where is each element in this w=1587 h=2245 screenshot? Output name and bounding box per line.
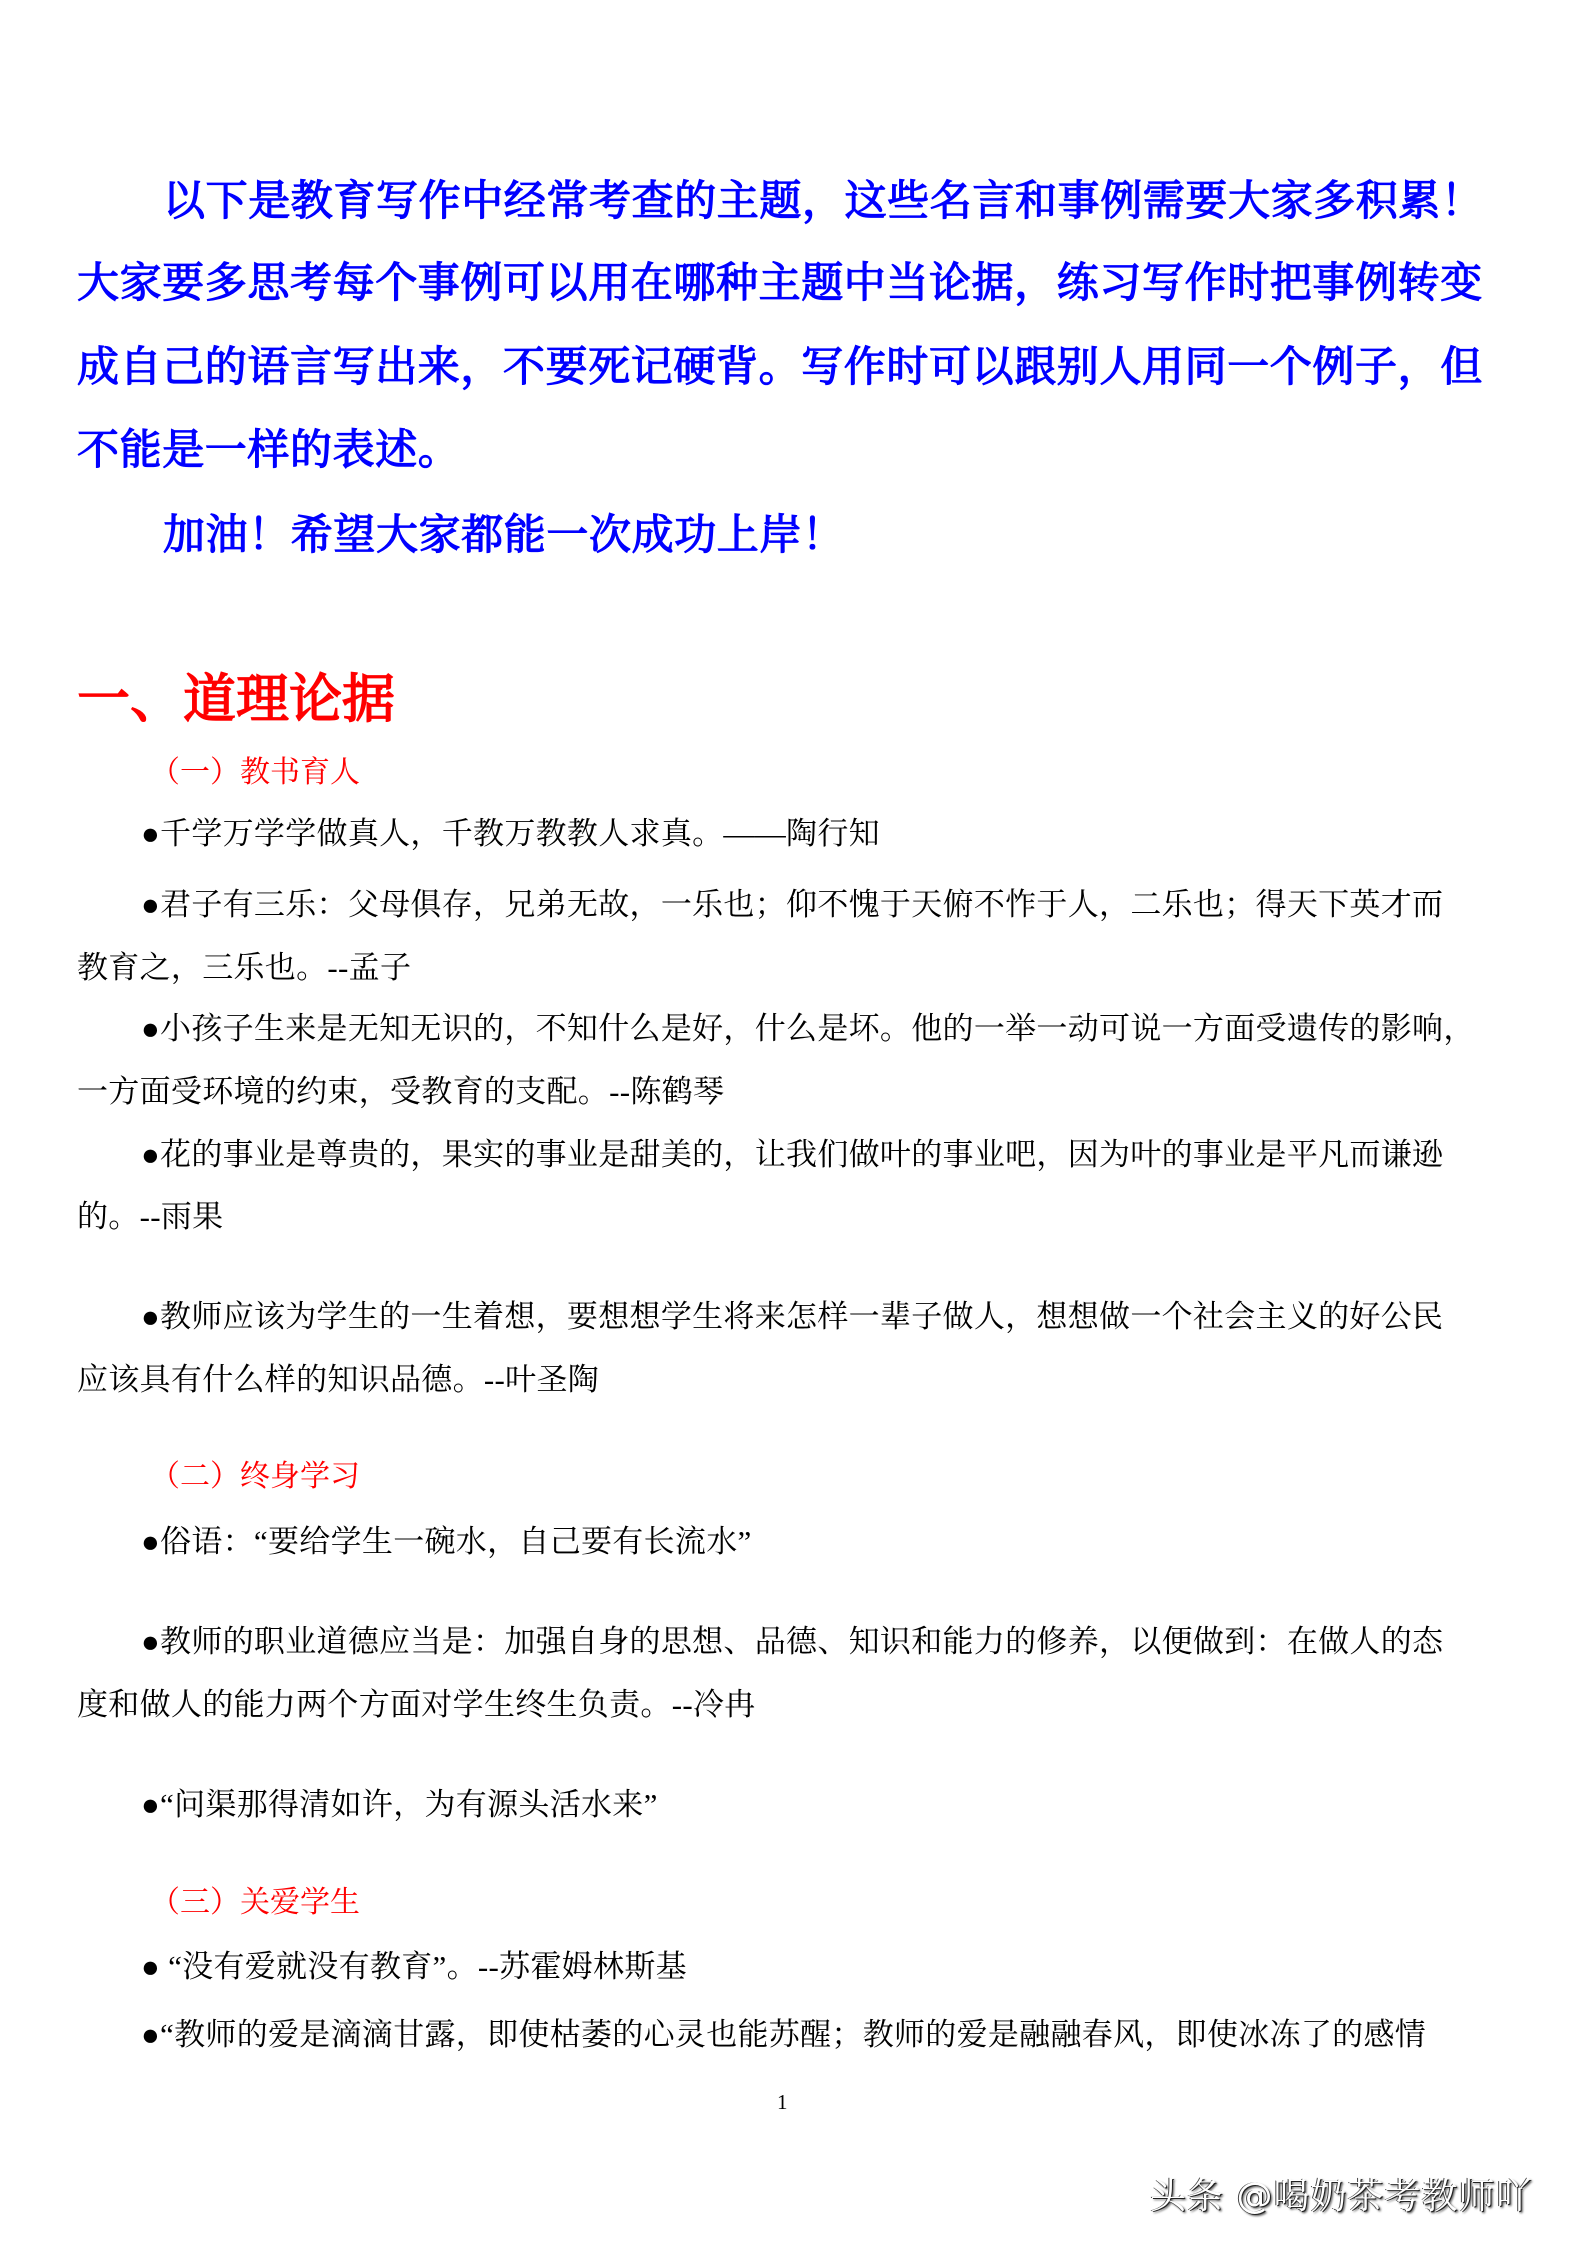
quote-item: ●教师应该为学生的一生着想，要想想学生将来怎样一辈子做人，想想做一个社会主义的好…: [141, 1301, 1443, 1332]
quote-item: ●俗语：“要给学生一碗水，自己要有长流水”: [141, 1526, 752, 1557]
quote-text: 教师的职业道德应当是：加强自身的思想、品德、知识和能力的修养，以便做到：在做人的…: [160, 1624, 1443, 1659]
quote-text: “教师的爱是滴滴甘露，即使枯萎的心灵也能苏醒；教师的爱是融融春风，即使冰冻了的感…: [160, 2017, 1426, 2052]
quote-text: 教师应该为学生的一生着想，要想想学生将来怎样一辈子做人，想想做一个社会主义的好公…: [160, 1299, 1443, 1334]
quote-item: ●教师的职业道德应当是：加强自身的思想、品德、知识和能力的修养，以便做到：在做人…: [141, 1626, 1443, 1657]
quote-item: ●“问渠那得清如许，为有源头活水来”: [141, 1789, 658, 1820]
quote-text: 君子有三乐：父母俱存，兄弟无故，一乐也；仰不愧于天俯不怍于人，二乐也；得天下英才…: [160, 887, 1443, 922]
quote-item: ●千学万学学做真人，千教万教教人求真。——陶行知: [141, 818, 880, 849]
bullet-icon: ●: [141, 818, 160, 849]
bullet-icon: ●: [141, 1951, 160, 1982]
quote-text: 千学万学学做真人，千教万教教人求真。——陶行知: [160, 816, 880, 851]
quote-item: ●君子有三乐：父母俱存，兄弟无故，一乐也；仰不愧于天俯不怍于人，二乐也；得天下英…: [141, 889, 1443, 920]
subsection-title-1: （一）教书育人: [150, 758, 360, 788]
intro-line-3: 成自己的语言写出来，不要死记硬背。写作时可以跟别人用同一个例子，但: [77, 346, 1483, 388]
quote-item: ●“教师的爱是滴滴甘露，即使枯萎的心灵也能苏醒；教师的爱是融融春风，即使冰冻了的…: [141, 2019, 1426, 2050]
quote-text: 俗语：“要给学生一碗水，自己要有长流水”: [160, 1524, 752, 1559]
quote-text: “问渠那得清如许，为有源头活水来”: [160, 1787, 658, 1822]
bullet-icon: ●: [141, 2019, 160, 2050]
page-number: 1: [777, 2090, 788, 2115]
quote-text-continued: 一方面受环境的约束，受教育的支配。--陈鹤琴: [77, 1076, 724, 1107]
quote-text: 小孩子生来是无知无识的，不知什么是好，什么是坏。他的一举一动可说一方面受遗传的影…: [160, 1011, 1475, 1046]
bullet-icon: ●: [141, 1526, 160, 1557]
quote-text: 花的事业是尊贵的，果实的事业是甜美的，让我们做叶的事业吧，因为叶的事业是平凡而谦…: [160, 1137, 1443, 1172]
quote-text-continued: 教育之，三乐也。--孟子: [77, 952, 411, 983]
quote-text-continued: 应该具有什么样的知识品德。--叶圣陶: [77, 1364, 599, 1395]
subsection-title-2: （二）终身学习: [150, 1462, 360, 1492]
bullet-icon: ●: [141, 1301, 160, 1332]
watermark: 头条 @喝奶茶考教师吖: [1150, 2168, 1532, 2219]
quote-text-continued: 的。--雨果: [77, 1201, 223, 1232]
quote-text-continued: 度和做人的能力两个方面对学生终生负责。--冷冉: [77, 1689, 756, 1720]
quote-text: “没有爱就没有教育”。--苏霍姆林斯基: [160, 1949, 687, 1984]
bullet-icon: ●: [141, 1013, 160, 1044]
quote-item: ● “没有爱就没有教育”。--苏霍姆林斯基: [141, 1951, 687, 1982]
bullet-icon: ●: [141, 1789, 160, 1820]
quote-item: ●小孩子生来是无知无识的，不知什么是好，什么是坏。他的一举一动可说一方面受遗传的…: [141, 1013, 1475, 1044]
bullet-icon: ●: [141, 1139, 160, 1170]
subsection-title-3: （三）关爱学生: [150, 1888, 360, 1918]
bullet-icon: ●: [141, 889, 160, 920]
intro-cheer: 加油！希望大家都能一次成功上岸！: [163, 514, 845, 556]
bullet-icon: ●: [141, 1626, 160, 1657]
intro-line-2: 大家要多思考每个事例可以用在哪种主题中当论据，练习写作时把事例转变: [77, 262, 1483, 304]
intro-line-1: 以下是教育写作中经常考查的主题，这些名言和事例需要大家多积累！: [163, 180, 1484, 222]
quote-item: ●花的事业是尊贵的，果实的事业是甜美的，让我们做叶的事业吧，因为叶的事业是平凡而…: [141, 1139, 1443, 1170]
section-title: 一、道理论据: [77, 673, 395, 726]
intro-line-4: 不能是一样的表述。: [77, 429, 460, 471]
